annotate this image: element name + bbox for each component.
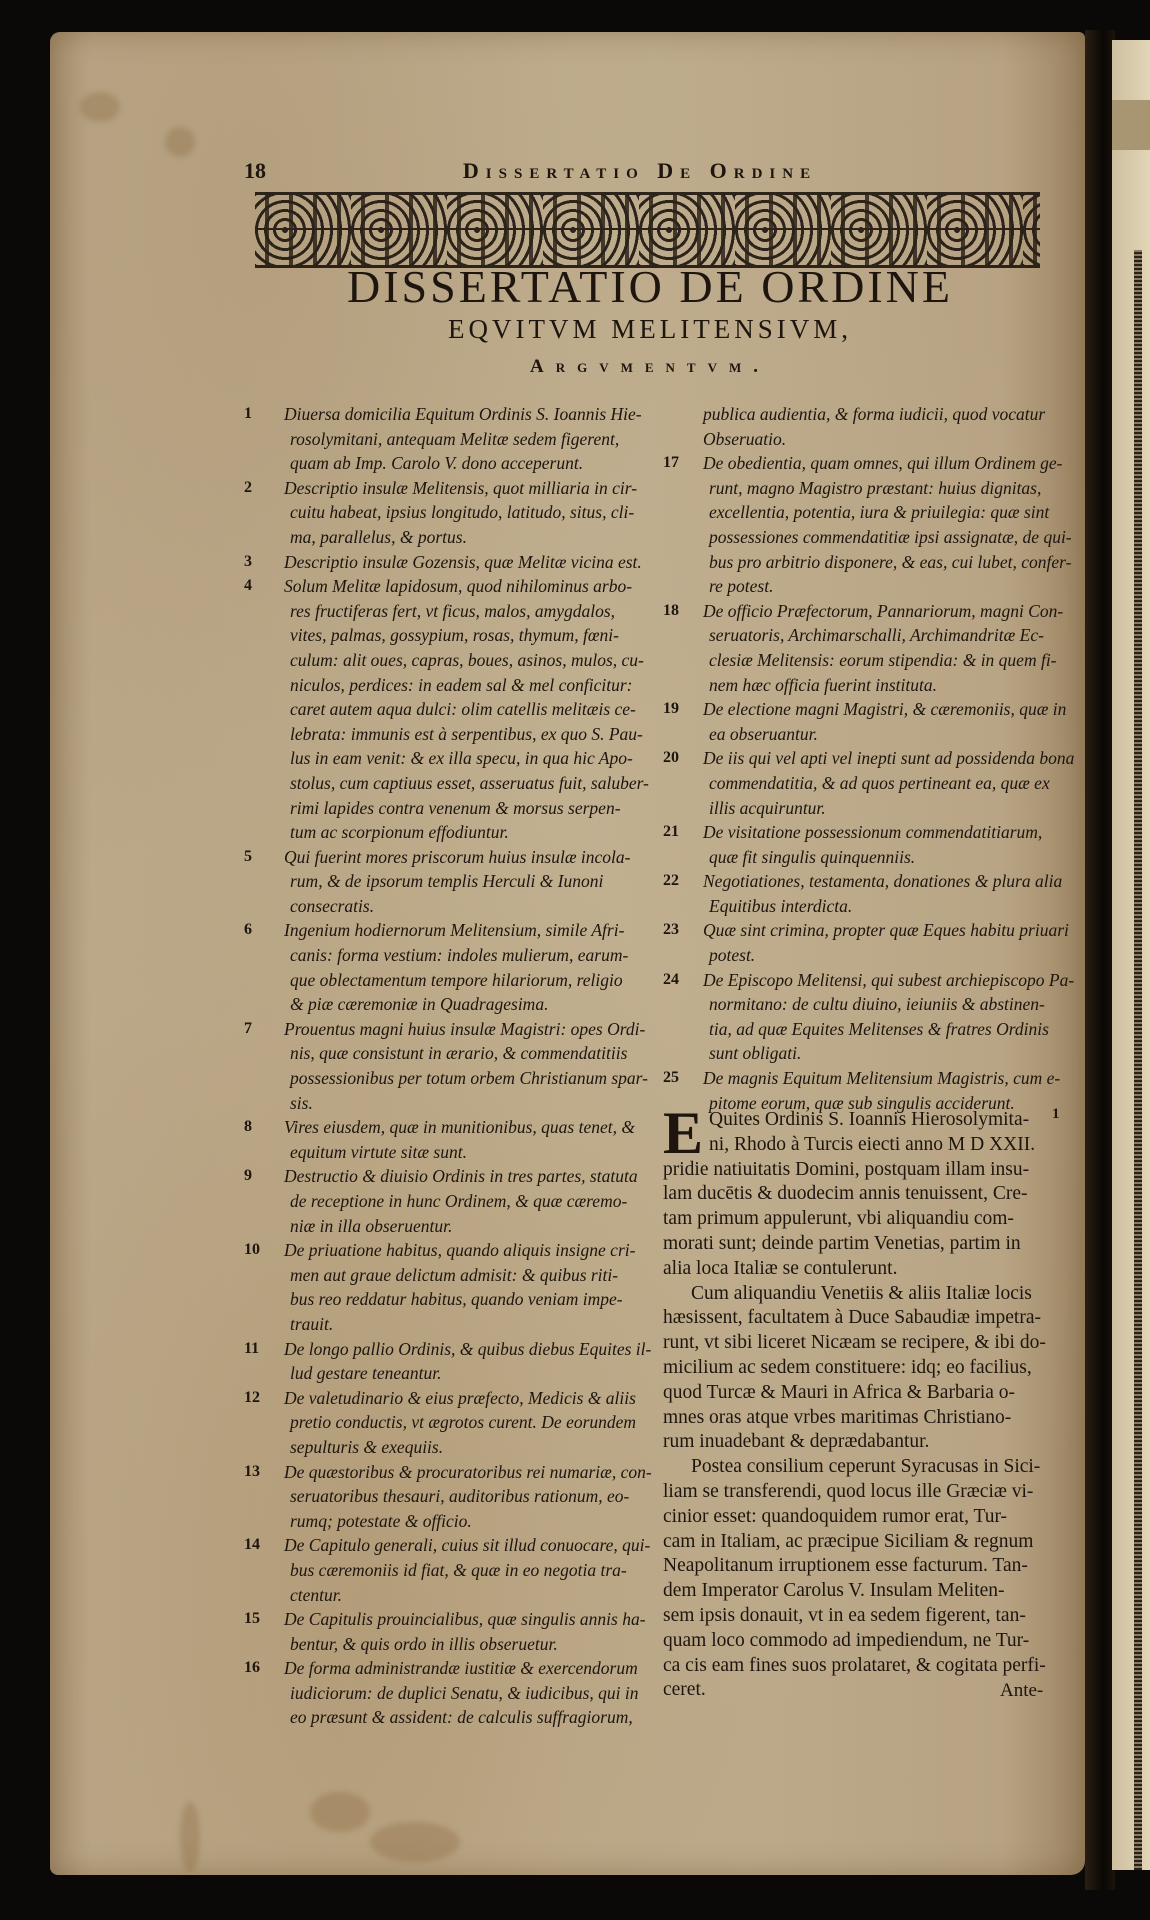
text-line: ceret. <box>663 1678 1055 1703</box>
text-line: seruatoribus thesauri, auditoribus ratio… <box>284 1484 654 1509</box>
argument-item: 14De Capitulo generali, cuius sit illud … <box>244 1533 654 1607</box>
text-line: quæ fit singulis quinquenniis. <box>703 845 1053 870</box>
text-line: liam se transferendi, quod locus ille Gr… <box>663 1480 1055 1505</box>
adjacent-page-border-rule <box>1134 250 1142 1870</box>
text-line: De longo pallio Ordinis, & quibus diebus… <box>284 1337 654 1362</box>
text-line: sem ipsis donauit, vt in ea sedem figere… <box>663 1604 1055 1629</box>
text-line: Vires eiusdem, quæ in munitionibus, quas… <box>284 1115 654 1140</box>
item-number: 4 <box>244 574 252 599</box>
item-number: 6 <box>244 918 252 943</box>
argument-item: 23Quæ sint crimina, propter quæ Eques ha… <box>663 918 1053 967</box>
item-number: 21 <box>663 820 679 845</box>
text-line: tum ac scorpionum effodiuntur. <box>284 820 654 845</box>
text-line: caret autem aqua dulci: olim catellis me… <box>284 697 654 722</box>
body-text: EQuites Ordinis S. Ioannis Hierosolymita… <box>663 1108 1055 1703</box>
text-line: ea obseruantur. <box>703 722 1053 747</box>
item-number: 22 <box>663 869 679 894</box>
item-number: 10 <box>244 1238 260 1263</box>
text-line: Descriptio insulæ Gozensis, quæ Melitæ v… <box>284 550 654 575</box>
argument-item: 7Prouentus magni huius insulæ Magistri: … <box>244 1017 654 1115</box>
item-number: 19 <box>663 697 679 722</box>
argument-item: 6Ingenium hodiernorum Melitensium, simil… <box>244 918 654 1016</box>
text-line: rumq; potestate & officio. <box>284 1509 654 1534</box>
catchword: Ante- <box>1000 1680 1043 1702</box>
text-line: equitum virtute sitæ sunt. <box>284 1140 654 1165</box>
text-line: De priuatione habitus, quando aliquis in… <box>284 1238 654 1263</box>
text-line: ma, parallelus, & portus. <box>284 525 654 550</box>
item-number: 14 <box>244 1533 260 1558</box>
text-line: culum: alit oues, capras, boues, asinos,… <box>284 648 654 673</box>
body-paragraph: EQuites Ordinis S. Ioannis Hierosolymita… <box>663 1108 1055 1282</box>
text-line: Prouentus magni huius insulæ Magistri: o… <box>284 1017 654 1042</box>
text-line: sepulturis & exequiis. <box>284 1435 654 1460</box>
argument-item: 16De forma administrandæ iustitiæ & exer… <box>244 1656 654 1730</box>
item-number: 11 <box>244 1337 259 1362</box>
item-number: 13 <box>244 1460 260 1485</box>
text-line: Quites Ordinis S. Ioannis Hierosolymita- <box>663 1108 1055 1133</box>
text-line: bentur, & quis ordo in illis obseruetur. <box>284 1632 654 1657</box>
argument-item: 10De priuatione habitus, quando aliquis … <box>244 1238 654 1336</box>
text-line: & piæ cæremoniæ in Quadragesima. <box>284 992 654 1017</box>
argument-item: 12De valetudinario & eius præfecto, Medi… <box>244 1386 654 1460</box>
text-line: De Episcopo Melitensi, qui subest archie… <box>703 968 1053 993</box>
argument-item: 15De Capitulis prouincialibus, quæ singu… <box>244 1607 654 1656</box>
argument-item: 2Descriptio insulæ Melitensis, quot mill… <box>244 476 654 550</box>
text-line: men aut graue delictum admisit: & quibus… <box>284 1263 654 1288</box>
item-number: 7 <box>244 1017 252 1042</box>
text-line: que oblectamentum tempore hilariorum, re… <box>284 968 654 993</box>
text-line: rosolymitani, antequam Melitæ sedem fige… <box>284 427 654 452</box>
foxing-stain <box>165 127 195 157</box>
drop-cap: E <box>663 1110 703 1156</box>
text-line: ctentur. <box>284 1583 654 1608</box>
argument-item: 11De longo pallio Ordinis, & quibus dieb… <box>244 1337 654 1386</box>
argument-item: 22Negotiationes, testamenta, donationes … <box>663 869 1053 918</box>
text-line: Negotiationes, testamenta, donationes & … <box>703 869 1053 894</box>
item-number: 8 <box>244 1115 252 1140</box>
page-subtitle: EQVITVM MELITENSIVM, <box>250 313 1050 345</box>
text-line: clesiæ Melitensis: eorum stipendia: & in… <box>703 648 1053 673</box>
text-line: mnes oras atque vrbes maritimas Christia… <box>663 1406 1055 1431</box>
text-line: quam loco commodo ad impediendum, ne Tur… <box>663 1629 1055 1654</box>
text-line: De forma administrandæ iustitiæ & exerce… <box>284 1656 654 1681</box>
text-line: sis. <box>284 1091 654 1116</box>
item-16-continuation: publica audientia, & forma iudicii, quod… <box>663 402 1053 451</box>
text-line: Quæ sint crimina, propter quæ Eques habi… <box>703 918 1053 943</box>
argument-item: 13De quæstoribus & procuratoribus rei nu… <box>244 1460 654 1534</box>
text-line: bus cæremoniis id fiat, & quæ in eo nego… <box>284 1558 654 1583</box>
text-line: re potest. <box>703 574 1053 599</box>
text-line: De Capitulis prouincialibus, quæ singuli… <box>284 1607 654 1632</box>
argument-item: 4Solum Melitæ lapidosum, quod nihilominu… <box>244 574 654 845</box>
foxing-stain <box>370 1822 460 1862</box>
text-line: excellentia, potentia, iura & priuilegia… <box>703 500 1053 525</box>
text-line: tam primum appulerunt, vbi aliquandiu co… <box>663 1207 1055 1232</box>
body-paragraph: Cum aliquandiu Venetiis & aliis Italiæ l… <box>663 1282 1055 1456</box>
text-line: quod Turcæ & Mauri in Africa & Barbaria … <box>663 1381 1055 1406</box>
text-line: cam in Italiam, ac præcipue Siciliam & r… <box>663 1530 1055 1555</box>
text-line: lebrata: immunis est à serpentibus, ex q… <box>284 722 654 747</box>
text-line: De Capitulo generali, cuius sit illud co… <box>284 1533 654 1558</box>
text-line: pridie natiuitatis Domini, postquam illa… <box>663 1158 1055 1183</box>
page-number: 18 <box>244 158 266 184</box>
ornamental-headpiece-icon <box>255 192 1040 268</box>
text-line: potest. <box>703 943 1053 968</box>
item-number: 20 <box>663 746 679 771</box>
item-number: 3 <box>244 550 252 575</box>
text-line: De quæstoribus & procuratoribus rei numa… <box>284 1460 654 1485</box>
text-line: De magnis Equitum Melitensium Magistris,… <box>703 1066 1053 1091</box>
body-paragraph: Postea consilium ceperunt Syracusas in S… <box>663 1455 1055 1703</box>
text-line: De visitatione possessionum commendatiti… <box>703 820 1053 845</box>
text-line: commendatitia, & ad quos pertineant ea, … <box>703 771 1053 796</box>
item-number: 15 <box>244 1607 260 1632</box>
item-number: 1 <box>244 402 252 427</box>
text-line: lud gestare teneantur. <box>284 1361 654 1386</box>
text-line: bus pro arbitrio disponere, & eas, cui l… <box>703 550 1053 575</box>
text-line: possessiones commendatitiæ ipsi assignat… <box>703 525 1053 550</box>
item-number: 2 <box>244 476 252 501</box>
text-line: runt, magno Magistro præstant: huius dig… <box>703 476 1053 501</box>
item-number: 25 <box>663 1066 679 1091</box>
argumentum-left-column: 1Diuersa domicilia Equitum Ordinis S. Io… <box>244 402 654 1730</box>
foxing-stain <box>80 92 120 122</box>
text-line: niculos, perdices: in eadem sal & mel co… <box>284 673 654 698</box>
text-line: runt, vt sibi liceret Nicæam se recipere… <box>663 1331 1055 1356</box>
text-line: Cum aliquandiu Venetiis & aliis Italiæ l… <box>663 1282 1055 1307</box>
text-line: Destructio & diuisio Ordinis in tres par… <box>284 1164 654 1189</box>
text-line: possessionibus per totum orbem Christian… <box>284 1066 654 1091</box>
argument-item: 5Qui fuerint mores priscorum huius insul… <box>244 845 654 919</box>
item-number: 9 <box>244 1164 252 1189</box>
text-line: ni, Rhodo à Turcis eiecti anno M D XXII. <box>663 1133 1055 1158</box>
text-line: canis: forma vestium: indoles mulierum, … <box>284 943 654 968</box>
text-line: trauit. <box>284 1312 654 1337</box>
text-line: lam ducētis & duodecim annis tenuissent,… <box>663 1182 1055 1207</box>
page-title: DISSERTATIO DE ORDINE <box>250 262 1050 312</box>
text-line: illis acquiruntur. <box>703 796 1053 821</box>
text-line: sunt obligati. <box>703 1041 1053 1066</box>
adjacent-page-band <box>1112 100 1150 150</box>
text-line: normitano: de cultu diuino, ieiuniis & a… <box>703 992 1053 1017</box>
section-heading: Argvmentvm. <box>250 356 1050 378</box>
text-line: De electione magni Magistri, & cæremonii… <box>703 697 1053 722</box>
argument-item: 24De Episcopo Melitensi, qui subest arch… <box>663 968 1053 1066</box>
text-line: de receptione in hunc Ordinem, & quæ cær… <box>284 1189 654 1214</box>
running-head: Dissertatio De Ordine <box>300 158 980 184</box>
item-number: 18 <box>663 599 679 624</box>
text-line: alia loca Italiæ se contulerunt. <box>663 1257 1055 1282</box>
argument-item: 18De officio Præfectorum, Pannariorum, m… <box>663 599 1053 697</box>
text-line: hæsissent, facultatem à Duce Sabaudiæ im… <box>663 1306 1055 1331</box>
item-number: 16 <box>244 1656 260 1681</box>
text-line: Obseruatio. <box>703 427 1053 452</box>
gutter-shadow <box>1085 30 1115 1890</box>
text-line: dem Imperator Carolus V. Insulam Meliten… <box>663 1579 1055 1604</box>
argument-item: 8Vires eiusdem, quæ in munitionibus, qua… <box>244 1115 654 1164</box>
text-line: bus reo reddatur habitus, quando veniam … <box>284 1287 654 1312</box>
argument-item: 17De obedientia, quam omnes, qui illum O… <box>663 451 1053 599</box>
argument-item: 1Diuersa domicilia Equitum Ordinis S. Io… <box>244 402 654 476</box>
foxing-stain <box>310 1792 370 1832</box>
text-line: nis, quæ consistunt in ærario, & commend… <box>284 1041 654 1066</box>
text-line: vites, palmas, gossypium, rosas, thymum,… <box>284 623 654 648</box>
text-line: De iis qui vel apti vel inepti sunt ad p… <box>703 746 1053 771</box>
argumentum-right-items: 17De obedientia, quam omnes, qui illum O… <box>663 451 1053 1115</box>
text-line: seruatoris, Archimarschalli, Archimandri… <box>703 623 1053 648</box>
item-number: 12 <box>244 1386 260 1411</box>
text-line: consecratis. <box>284 894 654 919</box>
text-line: eo præsunt & assident: de calculis suffr… <box>284 1705 654 1730</box>
text-line: ca cis eam fines suos prolataret, & cogi… <box>663 1654 1055 1679</box>
text-line: De officio Præfectorum, Pannariorum, mag… <box>703 599 1053 624</box>
foxing-stain <box>180 1802 200 1872</box>
text-line: De obedientia, quam omnes, qui illum Ord… <box>703 451 1053 476</box>
ornament-center-rule <box>255 228 1040 230</box>
argument-item: 3Descriptio insulæ Gozensis, quæ Melitæ … <box>244 550 654 575</box>
text-line: publica audientia, & forma iudicii, quod… <box>703 402 1053 427</box>
text-line: Ingenium hodiernorum Melitensium, simile… <box>284 918 654 943</box>
item-number: 17 <box>663 451 679 476</box>
text-line: cuitu habeat, ipsius longitudo, latitudo… <box>284 500 654 525</box>
argument-item: 19De electione magni Magistri, & cæremon… <box>663 697 1053 746</box>
text-line: stolus, cum captiuus esset, asseruatus f… <box>284 771 654 796</box>
text-line: quam ab Imp. Carolo V. dono acceperunt. <box>284 451 654 476</box>
item-number: 5 <box>244 845 252 870</box>
text-line: tia, ad quæ Equites Melitenses & fratres… <box>703 1017 1053 1042</box>
text-line: Qui fuerint mores priscorum huius insulæ… <box>284 845 654 870</box>
text-line: cinior esset: quandoquidem rumor erat, T… <box>663 1505 1055 1530</box>
argumentum-right-column: publica audientia, & forma iudicii, quod… <box>663 402 1053 1115</box>
text-line: rimi lapides contra venenum & morsus ser… <box>284 796 654 821</box>
text-line: rum, & de ipsorum templis Herculi & Iuno… <box>284 869 654 894</box>
item-number: 24 <box>663 968 679 993</box>
text-line: micilium ac sedem constituere: idq; eo f… <box>663 1356 1055 1381</box>
item-number: 23 <box>663 918 679 943</box>
text-line: iudiciorum: de duplici Senatu, & iudicib… <box>284 1681 654 1706</box>
text-line: Equitibus interdicta. <box>703 894 1053 919</box>
text-line: res fructiferas fert, vt ficus, malos, a… <box>284 599 654 624</box>
text-line: pretio conductis, vt ægrotos curent. De … <box>284 1410 654 1435</box>
argument-item: 9Destructio & diuisio Ordinis in tres pa… <box>244 1164 654 1238</box>
argument-item: 21De visitatione possessionum commendati… <box>663 820 1053 869</box>
text-line: De valetudinario & eius præfecto, Medici… <box>284 1386 654 1411</box>
text-line: nem hæc officia fuerint instituta. <box>703 673 1053 698</box>
text-line: niæ in illa obseruentur. <box>284 1214 654 1239</box>
text-line: Diuersa domicilia Equitum Ordinis S. Ioa… <box>284 402 654 427</box>
text-line: Postea consilium ceperunt Syracusas in S… <box>663 1455 1055 1480</box>
text-line: lus in eam venit: & ex illa specu, in qu… <box>284 746 654 771</box>
text-line: Solum Melitæ lapidosum, quod nihilominus… <box>284 574 654 599</box>
adjacent-page-edge <box>1112 40 1150 1870</box>
text-line: morati sunt; deinde partim Venetias, par… <box>663 1232 1055 1257</box>
text-line: Descriptio insulæ Melitensis, quot milli… <box>284 476 654 501</box>
text-line: rum inuadebant & deprædabantur. <box>663 1430 1055 1455</box>
text-line: Neapolitanum irruptionem esse facturum. … <box>663 1554 1055 1579</box>
argument-item: 20De iis qui vel apti vel inepti sunt ad… <box>663 746 1053 820</box>
